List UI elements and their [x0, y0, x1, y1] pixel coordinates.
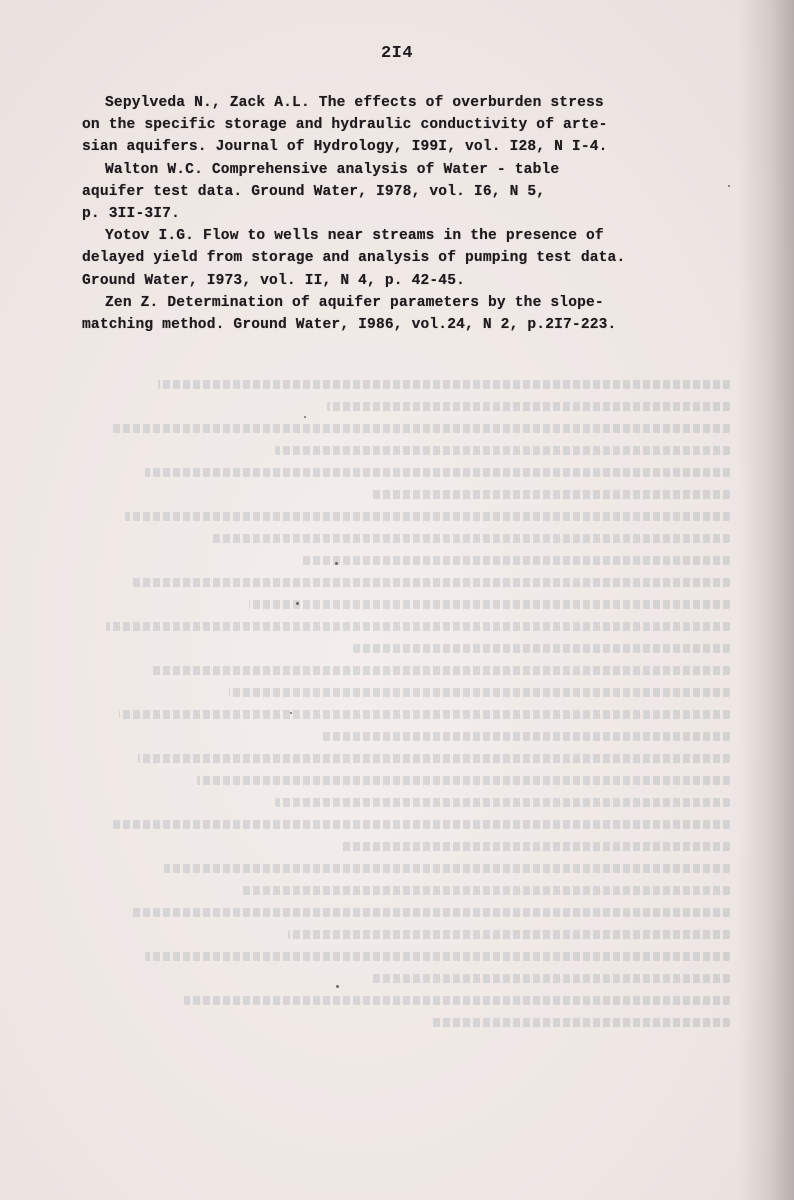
reference-line: aquifer test data. Ground Water, I978, v…: [82, 181, 722, 203]
reference-entry: Walton W.C. Comprehensive analysis of Wa…: [82, 159, 722, 226]
paper-speck: [336, 985, 339, 988]
reverse-side-bleed-through: [80, 380, 730, 1040]
reference-line: Sepylveda N., Zack A.L. The effects of o…: [82, 92, 722, 114]
reference-line: Ground Water, I973, vol. II, N 4, p. 42-…: [82, 270, 722, 292]
reference-line: delayed yield from storage and analysis …: [82, 247, 722, 269]
reference-line: Yotov I.G. Flow to wells near streams in…: [82, 225, 722, 247]
document-page: 2I4 Sepylveda N., Zack A.L. The effects …: [0, 0, 794, 1200]
reference-list: Sepylveda N., Zack A.L. The effects of o…: [82, 92, 722, 336]
paper-speck: [290, 712, 292, 714]
paper-speck: [728, 185, 730, 187]
reference-line: Walton W.C. Comprehensive analysis of Wa…: [82, 159, 722, 181]
paper-speck: [335, 562, 338, 565]
reference-line: sian aquifers. Journal of Hydrology, I99…: [82, 136, 722, 158]
reference-line: p. 3II-3I7.: [82, 203, 722, 225]
reference-entry: Yotov I.G. Flow to wells near streams in…: [82, 225, 722, 292]
reference-line: matching method. Ground Water, I986, vol…: [82, 314, 722, 336]
paper-speck: [296, 602, 299, 605]
reference-line: on the specific storage and hydraulic co…: [82, 114, 722, 136]
reference-line: Zen Z. Determination of aquifer paramete…: [82, 292, 722, 314]
reference-entry: Sepylveda N., Zack A.L. The effects of o…: [82, 92, 722, 159]
page-number: 2I4: [0, 44, 794, 63]
paper-speck: [304, 416, 306, 418]
reference-entry: Zen Z. Determination of aquifer paramete…: [82, 292, 722, 336]
